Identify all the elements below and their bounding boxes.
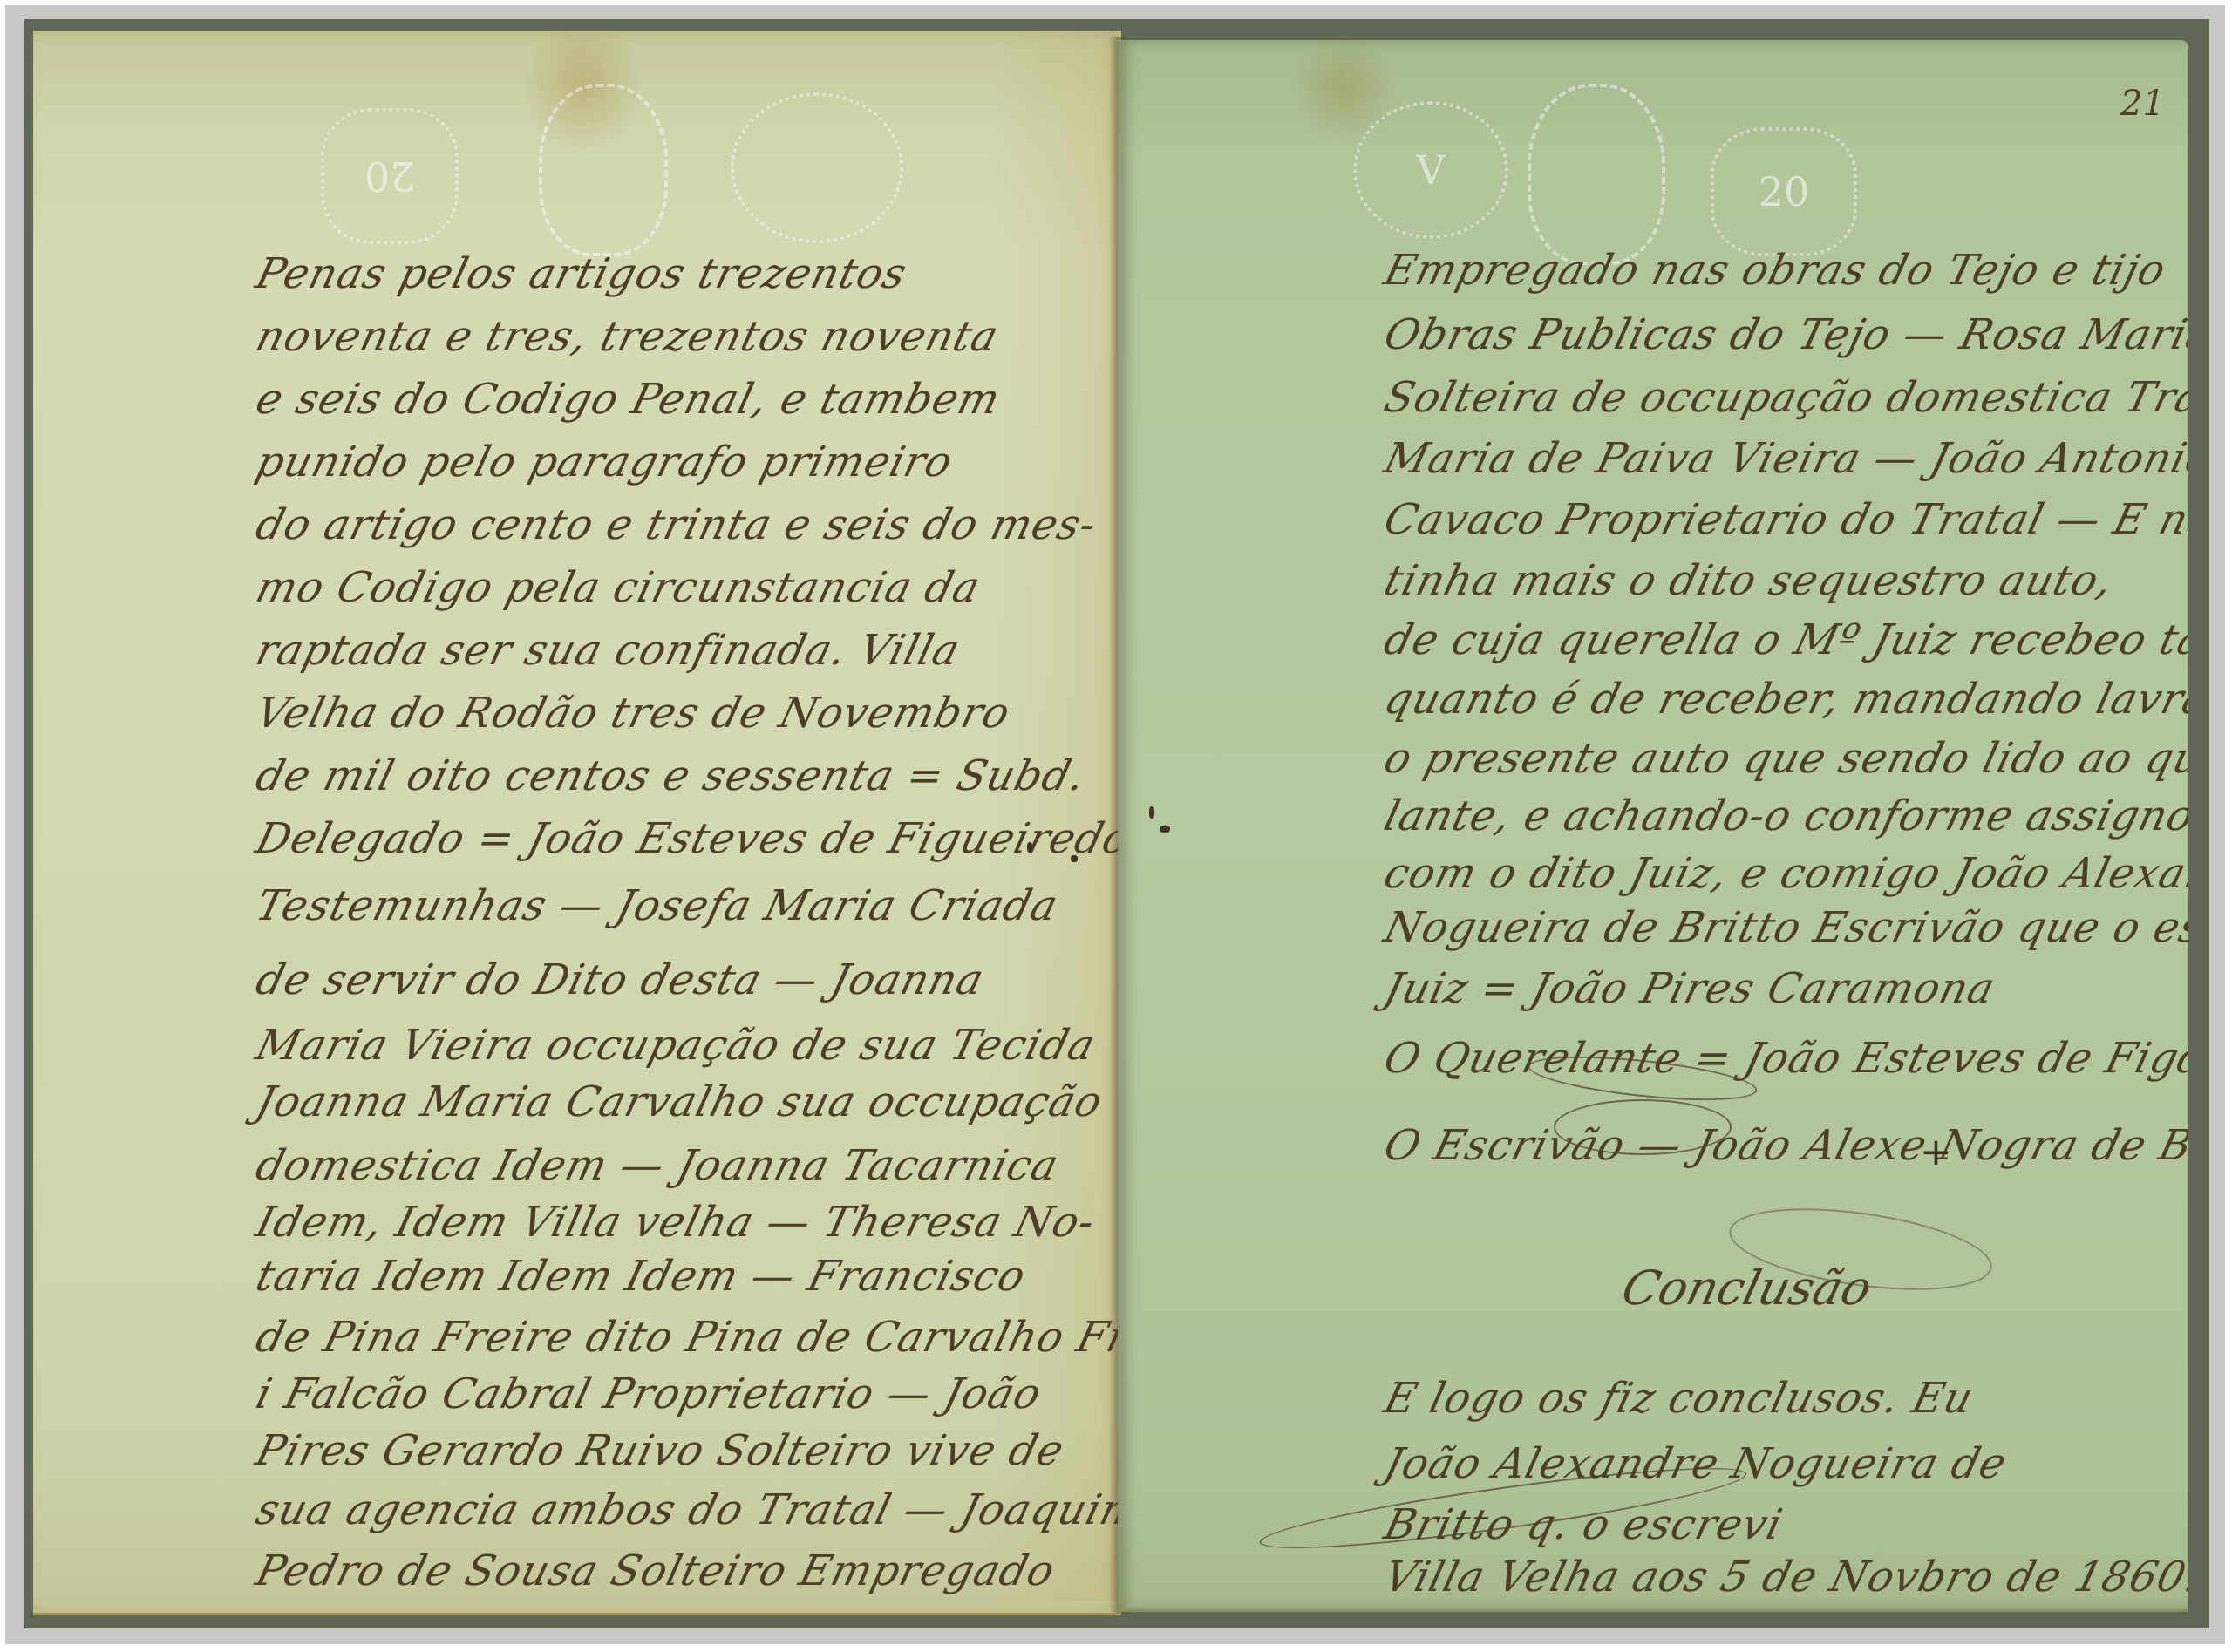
text-line: Maria Vieira occupação de sua Tecida (251, 1021, 1100, 1070)
text-line: Testemunhas — Josefa Maria Criada (251, 881, 1064, 930)
left-page-text: Penas pelos artigos trezentos noventa e … (33, 31, 1121, 1613)
right-page: 21 V 20 Empregado nas obras do Tejo e ti… (1118, 40, 2188, 1612)
ink-blot (1160, 826, 1170, 833)
text-line: Delegado = João Esteves de Figueiredo = (251, 814, 1121, 863)
text-line: Joanna Maria Carvalho sua occupação (251, 1078, 1108, 1126)
text-line: domestica Idem — Joanna Tacarnica (251, 1141, 1064, 1190)
text-line: João Alexandre Nogueira de (1379, 1439, 2011, 1488)
text-line: de mil oito centos e sessenta = Subd. (251, 751, 1091, 800)
text-line: Britto q. o escrevi (1379, 1500, 1787, 1549)
left-page: 20 Penas pelos artigos trezentos noventa… (33, 31, 1121, 1615)
text-line: e seis do Codigo Penal, e tambem (251, 375, 1005, 424)
text-line: taria Idem Idem Idem — Francisco (251, 1252, 1031, 1301)
text-line: Velha do Rodão tres de Novembro (251, 689, 1016, 738)
text-line: do artigo cento e trinta e seis do mes- (251, 500, 1102, 549)
text-line: Pedro de Sousa Solteiro Empregado (251, 1547, 1060, 1595)
ink-blot (1149, 806, 1154, 819)
conclusion-text: E logo os fiz conclusos. Eu João Alexand… (1118, 40, 2188, 1609)
scan-frame: 20 Penas pelos artigos trezentos noventa… (5, 5, 2225, 1644)
text-line: Villa Velha aos 5 de Novbro de 1860. (1379, 1553, 2188, 1601)
text-line: i Falcão Cabral Proprietario — João (251, 1370, 1046, 1418)
text-line: noventa e tres, trezentos noventa (251, 312, 1004, 361)
document-mount: 20 Penas pelos artigos trezentos noventa… (24, 19, 2209, 1628)
ink-blot (1027, 842, 1032, 853)
text-line: mo Codigo pela circunstancia da (251, 563, 985, 612)
text-line: Pires Gerardo Ruivo Solteiro vive de (251, 1426, 1069, 1475)
text-line: E logo os fiz conclusos. Eu (1379, 1374, 1978, 1423)
ink-blot (1071, 855, 1078, 862)
text-line: Idem, Idem Villa velha — Theresa No- (251, 1198, 1100, 1247)
text-line: punido pelo paragrafo primeiro (251, 438, 958, 486)
text-line: Penas pelos artigos trezentos (251, 249, 912, 298)
text-line: de servir do Dito desta — Joanna (251, 955, 990, 1004)
text-line: raptada ser sua confinada. Villa (251, 626, 965, 675)
text-line: sua agencia ambos do Tratal — Joaquim (251, 1485, 1121, 1534)
text-line: de Pina Freire dito Pina de Carvalho Fre… (251, 1313, 1121, 1362)
